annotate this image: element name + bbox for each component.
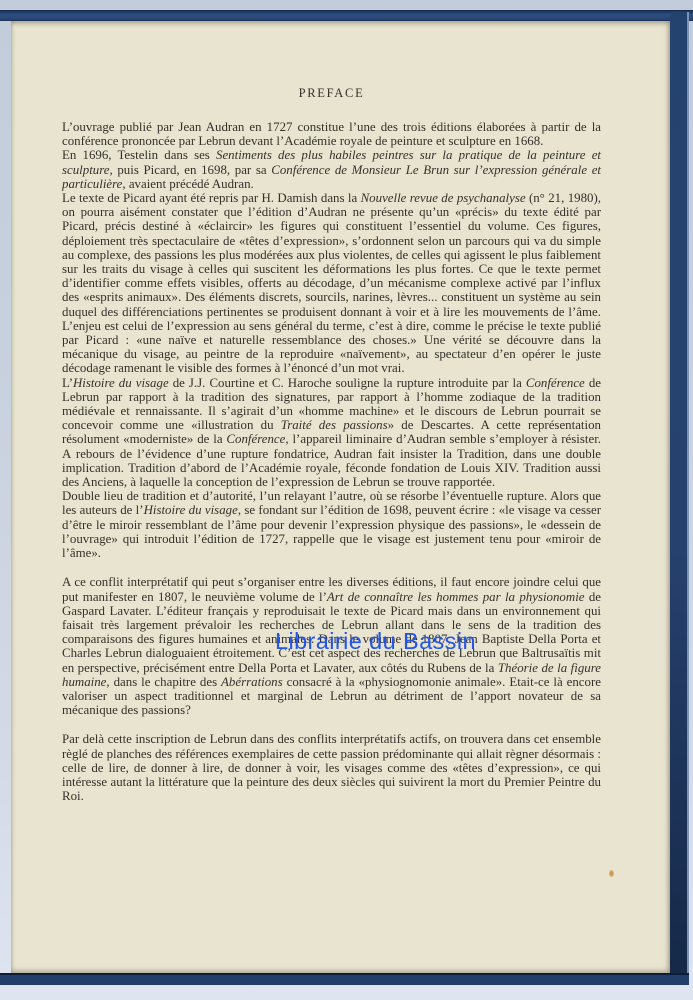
- text-run: (n° 21, 1980), on pourra aisément consta…: [62, 191, 601, 375]
- italic-text-run: Abérrations: [221, 675, 283, 689]
- text-run: En 1696, Testelin dans ses: [62, 148, 216, 162]
- italic-text-run: Art de connaître les hommes par la physi…: [327, 590, 585, 604]
- italic-text-run: Traité des passions: [281, 418, 388, 432]
- text-run: , puis Picard, en 1698, par sa: [110, 163, 272, 177]
- text-run: Le texte de Picard ayant été repris par …: [62, 191, 361, 205]
- paragraph: L’ouvrage publié par Jean Audran en 1727…: [62, 120, 601, 148]
- text-run: , avaient précédé Audran.: [122, 177, 253, 191]
- italic-text-run: Histoire du visage: [144, 503, 238, 517]
- book-cover-right-edge: [670, 12, 689, 985]
- text-run: , dans le chapitre des: [106, 675, 221, 689]
- text-run: Par delà cette inscription de Lebrun dan…: [62, 732, 601, 803]
- paragraph: Par delà cette inscription de Lebrun dan…: [62, 732, 601, 803]
- paragraph: Le texte de Picard ayant été repris par …: [62, 191, 601, 376]
- italic-text-run: Conférence: [226, 432, 285, 446]
- page-title: PREFACE: [62, 21, 601, 101]
- italic-text-run: Conférence: [526, 376, 585, 390]
- preface-paragraphs: L’ouvrage publié par Jean Audran en 1727…: [62, 120, 601, 803]
- preface-page: PREFACE L’ouvrage publié par Jean Audran…: [11, 21, 670, 973]
- paragraph: L’Histoire du visage de J.J. Courtine et…: [62, 376, 601, 490]
- paragraph: Double lieu de tradition et d’autorité, …: [62, 489, 601, 560]
- text-run: L’ouvrage publié par Jean Audran en 1727…: [62, 120, 601, 148]
- italic-text-run: Nouvelle revue de psychanalyse: [361, 191, 526, 205]
- book-cover-bottom-edge: [0, 973, 689, 985]
- text-run: L’: [62, 376, 73, 390]
- paragraph: En 1696, Testelin dans ses Sentiments de…: [62, 148, 601, 191]
- italic-text-run: Histoire du visage: [73, 376, 169, 390]
- text-run: de J.J. Courtine et C. Haroche souligne …: [169, 376, 526, 390]
- book-cover-top-edge: [0, 10, 693, 21]
- bookseller-watermark: Librairie du Bassin: [275, 628, 476, 655]
- page-stain: [609, 870, 614, 877]
